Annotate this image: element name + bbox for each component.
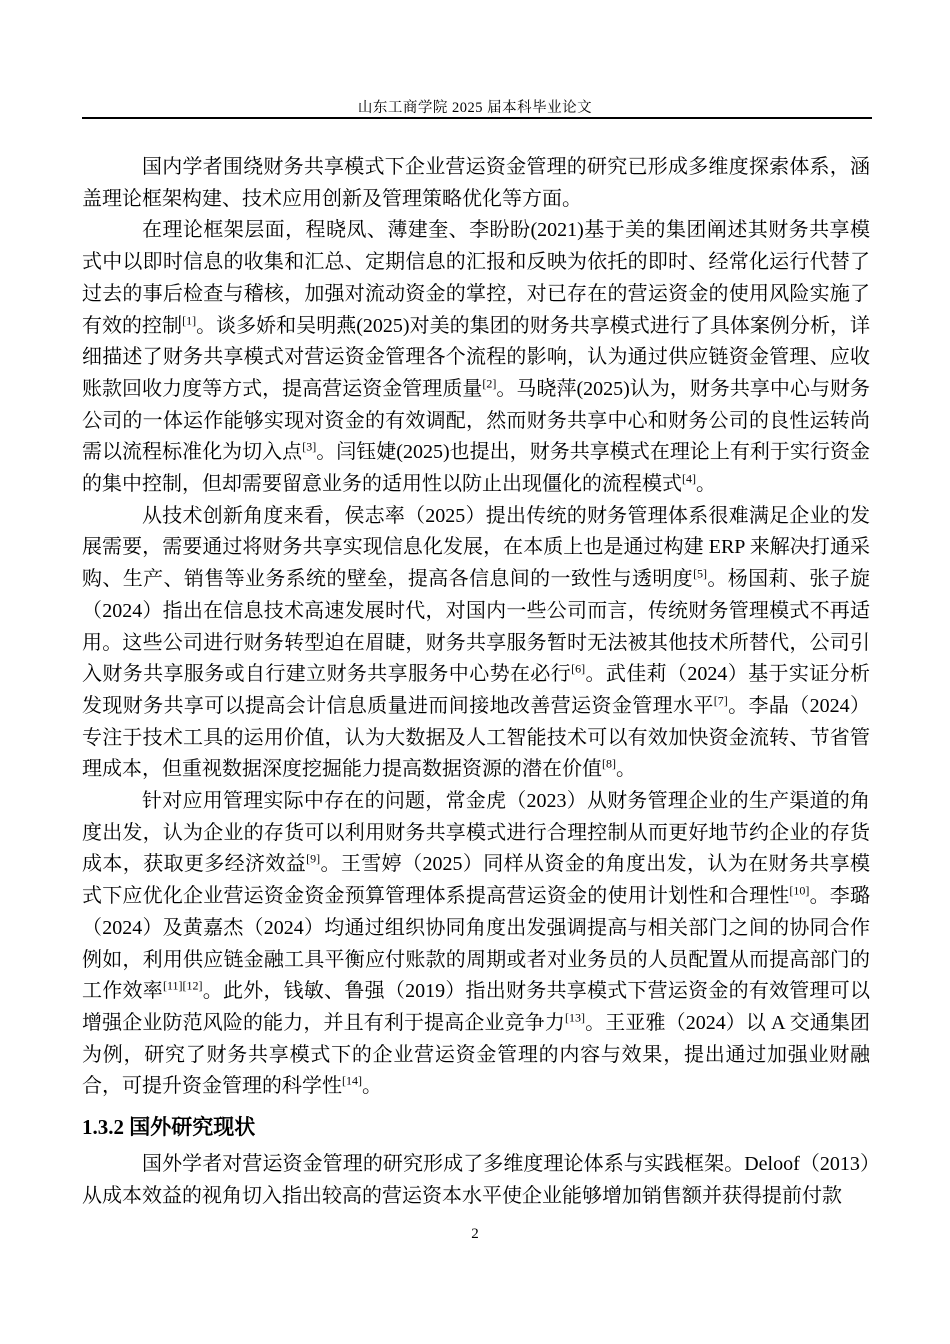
- citation-marker: [8]: [602, 757, 616, 771]
- page-number: 2: [471, 1226, 479, 1242]
- header-rule: [82, 117, 872, 119]
- paragraph: 国外学者对营运资金管理的研究形成了多维度理论体系与实践框架。Deloof（201…: [82, 1149, 870, 1212]
- page-footer: 2: [0, 1226, 950, 1243]
- citation-marker: [10]: [789, 884, 809, 898]
- header-title: 山东工商学院 2025 届本科毕业论文: [0, 96, 950, 117]
- paragraph: 从技术创新角度来看，侯志率（2025）提出传统的财务管理体系很难满足企业的发展需…: [82, 501, 870, 786]
- citation-marker: [13]: [565, 1010, 585, 1024]
- document-body: 国内学者围绕财务共享模式下企业营运资金管理的研究已形成多维度探索体系，涵盖理论框…: [82, 152, 870, 1213]
- section-heading: 1.3.2 国外研究现状: [82, 1111, 870, 1144]
- citation-marker: [1]: [182, 313, 196, 327]
- paragraph: 国内学者围绕财务共享模式下企业营运资金管理的研究已形成多维度探索体系，涵盖理论框…: [82, 152, 870, 215]
- citation-marker: [7]: [714, 693, 728, 707]
- citation-marker: [5]: [693, 566, 707, 580]
- paragraph: 在理论框架层面，程晓凤、薄建奎、李盼盼(2021)基于美的集团阐述其财务共享模式…: [82, 215, 870, 500]
- citation-marker: [14]: [342, 1074, 362, 1088]
- citation-marker: [11][12]: [163, 979, 203, 993]
- citation-marker: [3]: [302, 440, 316, 454]
- citation-marker: [4]: [682, 471, 696, 485]
- paragraph: 针对应用管理实际中存在的问题，常金虎（2023）从财务管理企业的生产渠道的角度出…: [82, 786, 870, 1103]
- document-page: 山东工商学院 2025 届本科毕业论文 国内学者围绕财务共享模式下企业营运资金管…: [0, 0, 950, 1344]
- citation-marker: [2]: [482, 376, 496, 390]
- citation-marker: [9]: [306, 852, 320, 866]
- citation-marker: [6]: [571, 662, 585, 676]
